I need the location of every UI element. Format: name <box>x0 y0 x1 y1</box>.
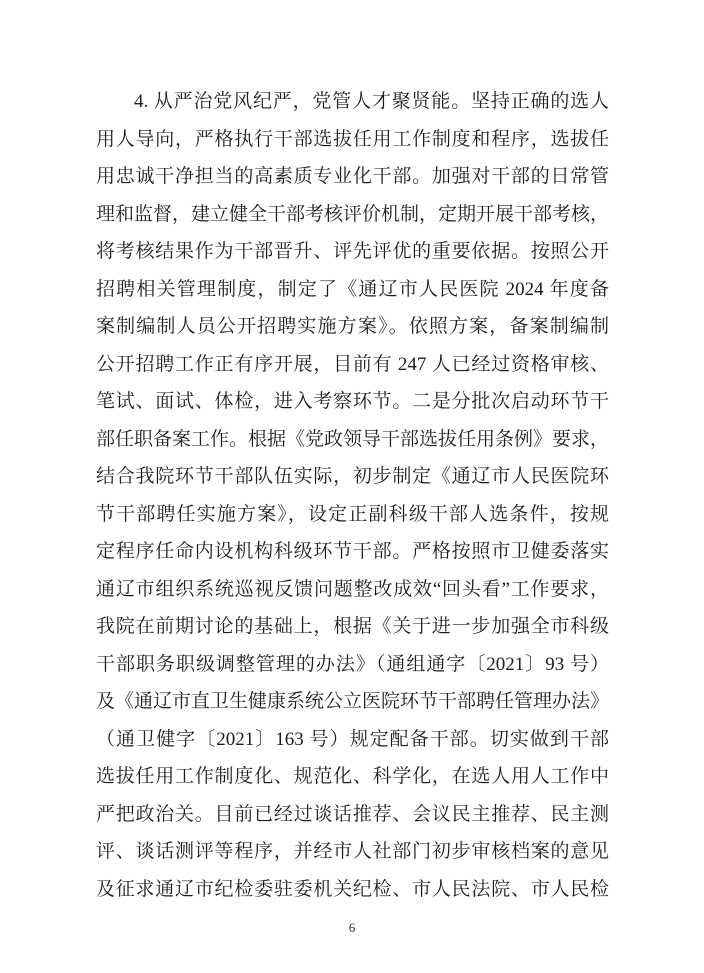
text-line: 通辽市组织系统巡视反馈问题整改成效“回头看”工作要求， <box>96 571 609 609</box>
text-line: 严把政治关。目前已经过谈话推荐、会议民主推荐、民主测 <box>96 796 609 834</box>
text-line: 用忠诚干净担当的高素质专业化干部。加强对干部的日常管 <box>96 158 609 196</box>
document-page: 4. 从严治党风纪严，党管人才聚贤能。坚持正确的选人用人导向，严格执行干部选拔任… <box>0 0 704 973</box>
document-body: 4. 从严治党风纪严，党管人才聚贤能。坚持正确的选人用人导向，严格执行干部选拔任… <box>96 83 609 908</box>
text-line: 案制编制人员公开招聘实施方案》。依照方案，备案制编制 <box>96 308 609 346</box>
text-line: 理和监督，建立健全干部考核评价机制，定期开展干部考核， <box>96 196 609 234</box>
text-line: 将考核结果作为干部晋升、评先评优的重要依据。按照公开 <box>96 233 609 271</box>
text-line: （通卫健字〔2021〕163 号）规定配备干部。切实做到干部 <box>96 721 609 759</box>
text-line: 招聘相关管理制度，制定了《通辽市人民医院 2024 年度备 <box>96 271 609 309</box>
text-line: 节干部聘任实施方案》，设定正副科级干部人选条件，按规 <box>96 496 609 534</box>
text-line: 我院在前期讨论的基础上，根据《关于进一步加强全市科级 <box>96 608 609 646</box>
text-line: 笔试、面试、体检，进入考察环节。二是分批次启动环节干 <box>96 383 609 421</box>
text-line: 公开招聘工作正有序开展，目前有 247 人已经过资格审核、 <box>96 346 609 384</box>
text-line: 结合我院环节干部队伍实际，初步制定《通辽市人民医院环 <box>96 458 609 496</box>
text-line: 定程序任命内设机构科级环节干部。严格按照市卫健委落实 <box>96 533 609 571</box>
page-number: 6 <box>0 920 704 936</box>
text-line: 及《通辽市直卫生健康系统公立医院环节干部聘任管理办法》 <box>96 683 609 721</box>
text-line: 用人导向，严格执行干部选拔任用工作制度和程序，选拔任 <box>96 121 609 159</box>
text-line: 干部职务职级调整管理的办法》（通组通字〔2021〕93 号） <box>96 646 609 684</box>
text-line: 4. 从严治党风纪严，党管人才聚贤能。坚持正确的选人 <box>96 83 609 121</box>
text-line: 及征求通辽市纪检委驻委机关纪检、市人民法院、市人民检 <box>96 871 609 909</box>
text-line: 选拔任用工作制度化、规范化、科学化，在选人用人工作中 <box>96 758 609 796</box>
text-line: 评、谈话测评等程序，并经市人社部门初步审核档案的意见 <box>96 833 609 871</box>
text-line: 部任职备案工作。根据《党政领导干部选拔任用条例》要求， <box>96 421 609 459</box>
